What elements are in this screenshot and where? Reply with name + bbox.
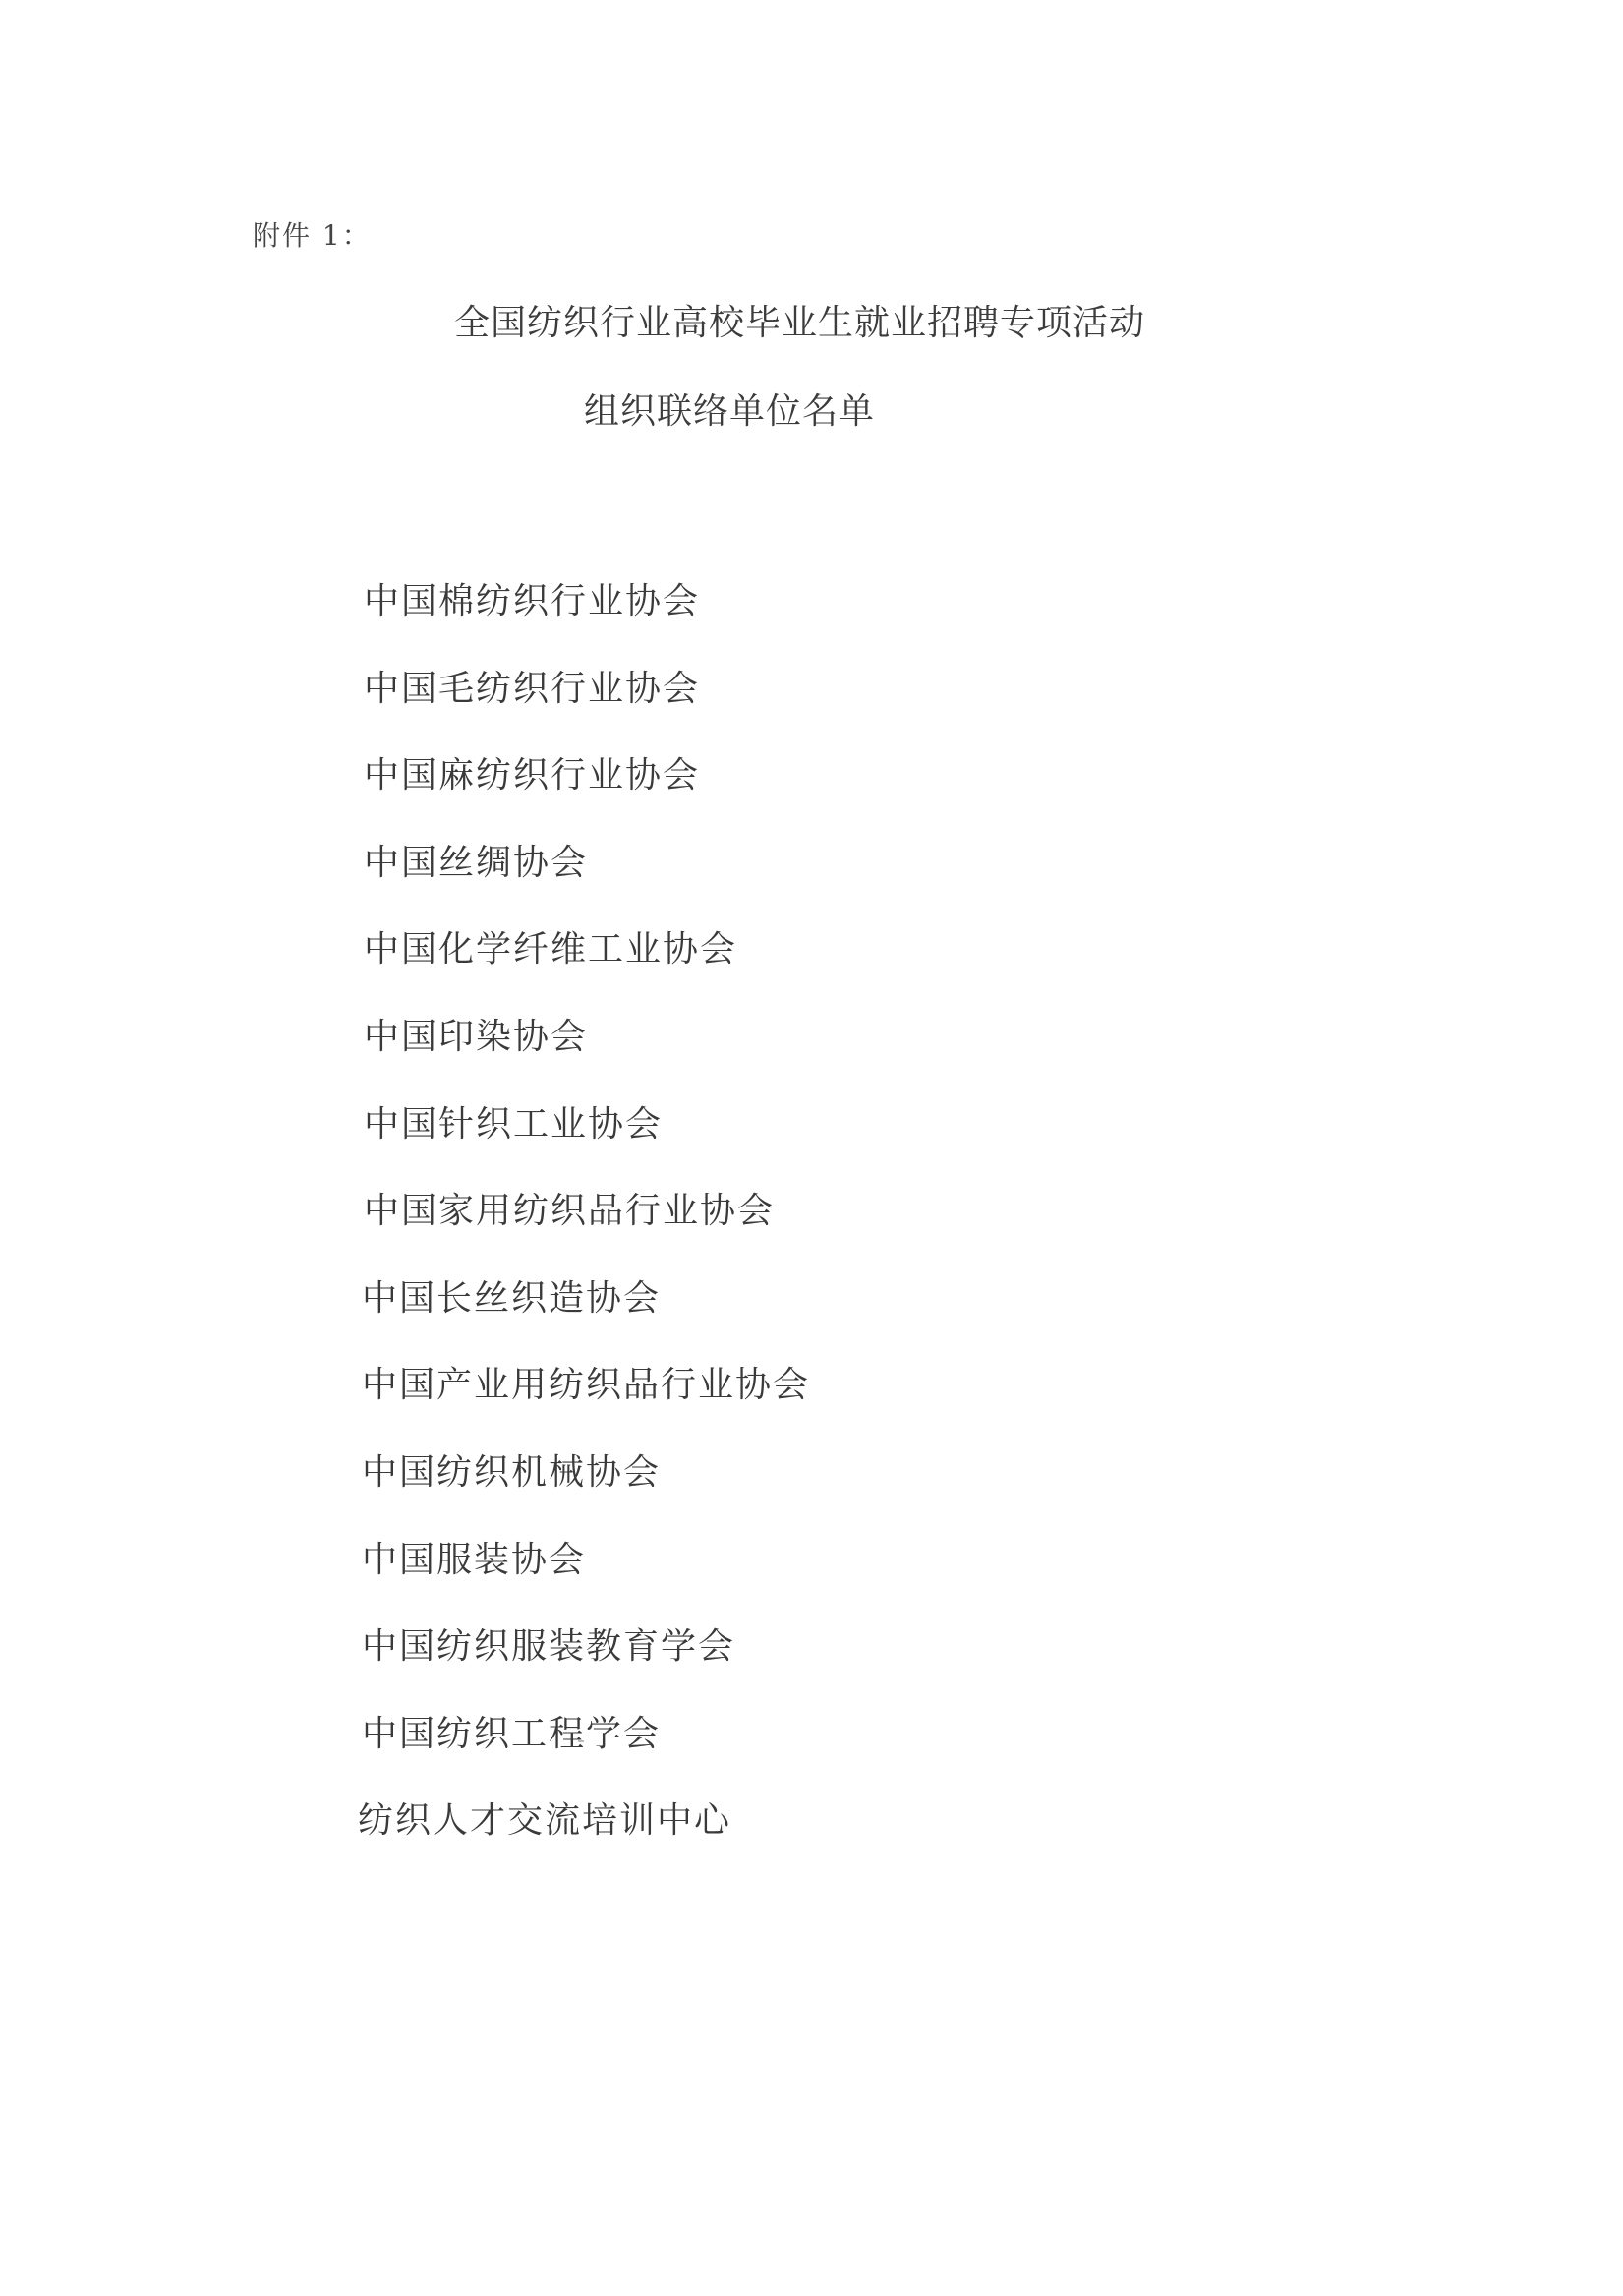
list-item: 中国家用纺织品行业协会	[364, 1168, 810, 1256]
list-item: 中国丝绸协会	[364, 820, 810, 908]
list-item: 中国长丝织造协会	[362, 1256, 810, 1343]
list-item: 中国针织工业协会	[364, 1082, 810, 1169]
list-item: 中国纺织机械协会	[362, 1430, 810, 1517]
page-title-line1: 全国纺织行业高校毕业生就业招聘专项活动	[454, 301, 1145, 346]
list-item: 中国服装协会	[362, 1517, 810, 1605]
scan-artifact	[578, 1740, 584, 1742]
page-title-line2: 组织联络单位名单	[584, 389, 875, 435]
list-item: 中国纺织服装教育学会	[362, 1604, 810, 1691]
list-item: 中国棉纺织行业协会	[364, 559, 810, 646]
list-item: 中国产业用纺织品行业协会	[362, 1342, 810, 1430]
list-item: 中国纺织工程学会	[362, 1691, 810, 1779]
list-item: 中国印染协会	[364, 994, 810, 1082]
attachment-label: 附件 1：	[253, 218, 372, 254]
organization-list: 中国棉纺织行业协会 中国毛纺织行业协会 中国麻纺织行业协会 中国丝绸协会 中国化…	[364, 559, 810, 1865]
list-item: 纺织人才交流培训中心	[358, 1778, 810, 1865]
list-item: 中国毛纺织行业协会	[364, 646, 810, 734]
list-item: 中国麻纺织行业协会	[364, 733, 810, 820]
list-item: 中国化学纤维工业协会	[364, 907, 810, 994]
